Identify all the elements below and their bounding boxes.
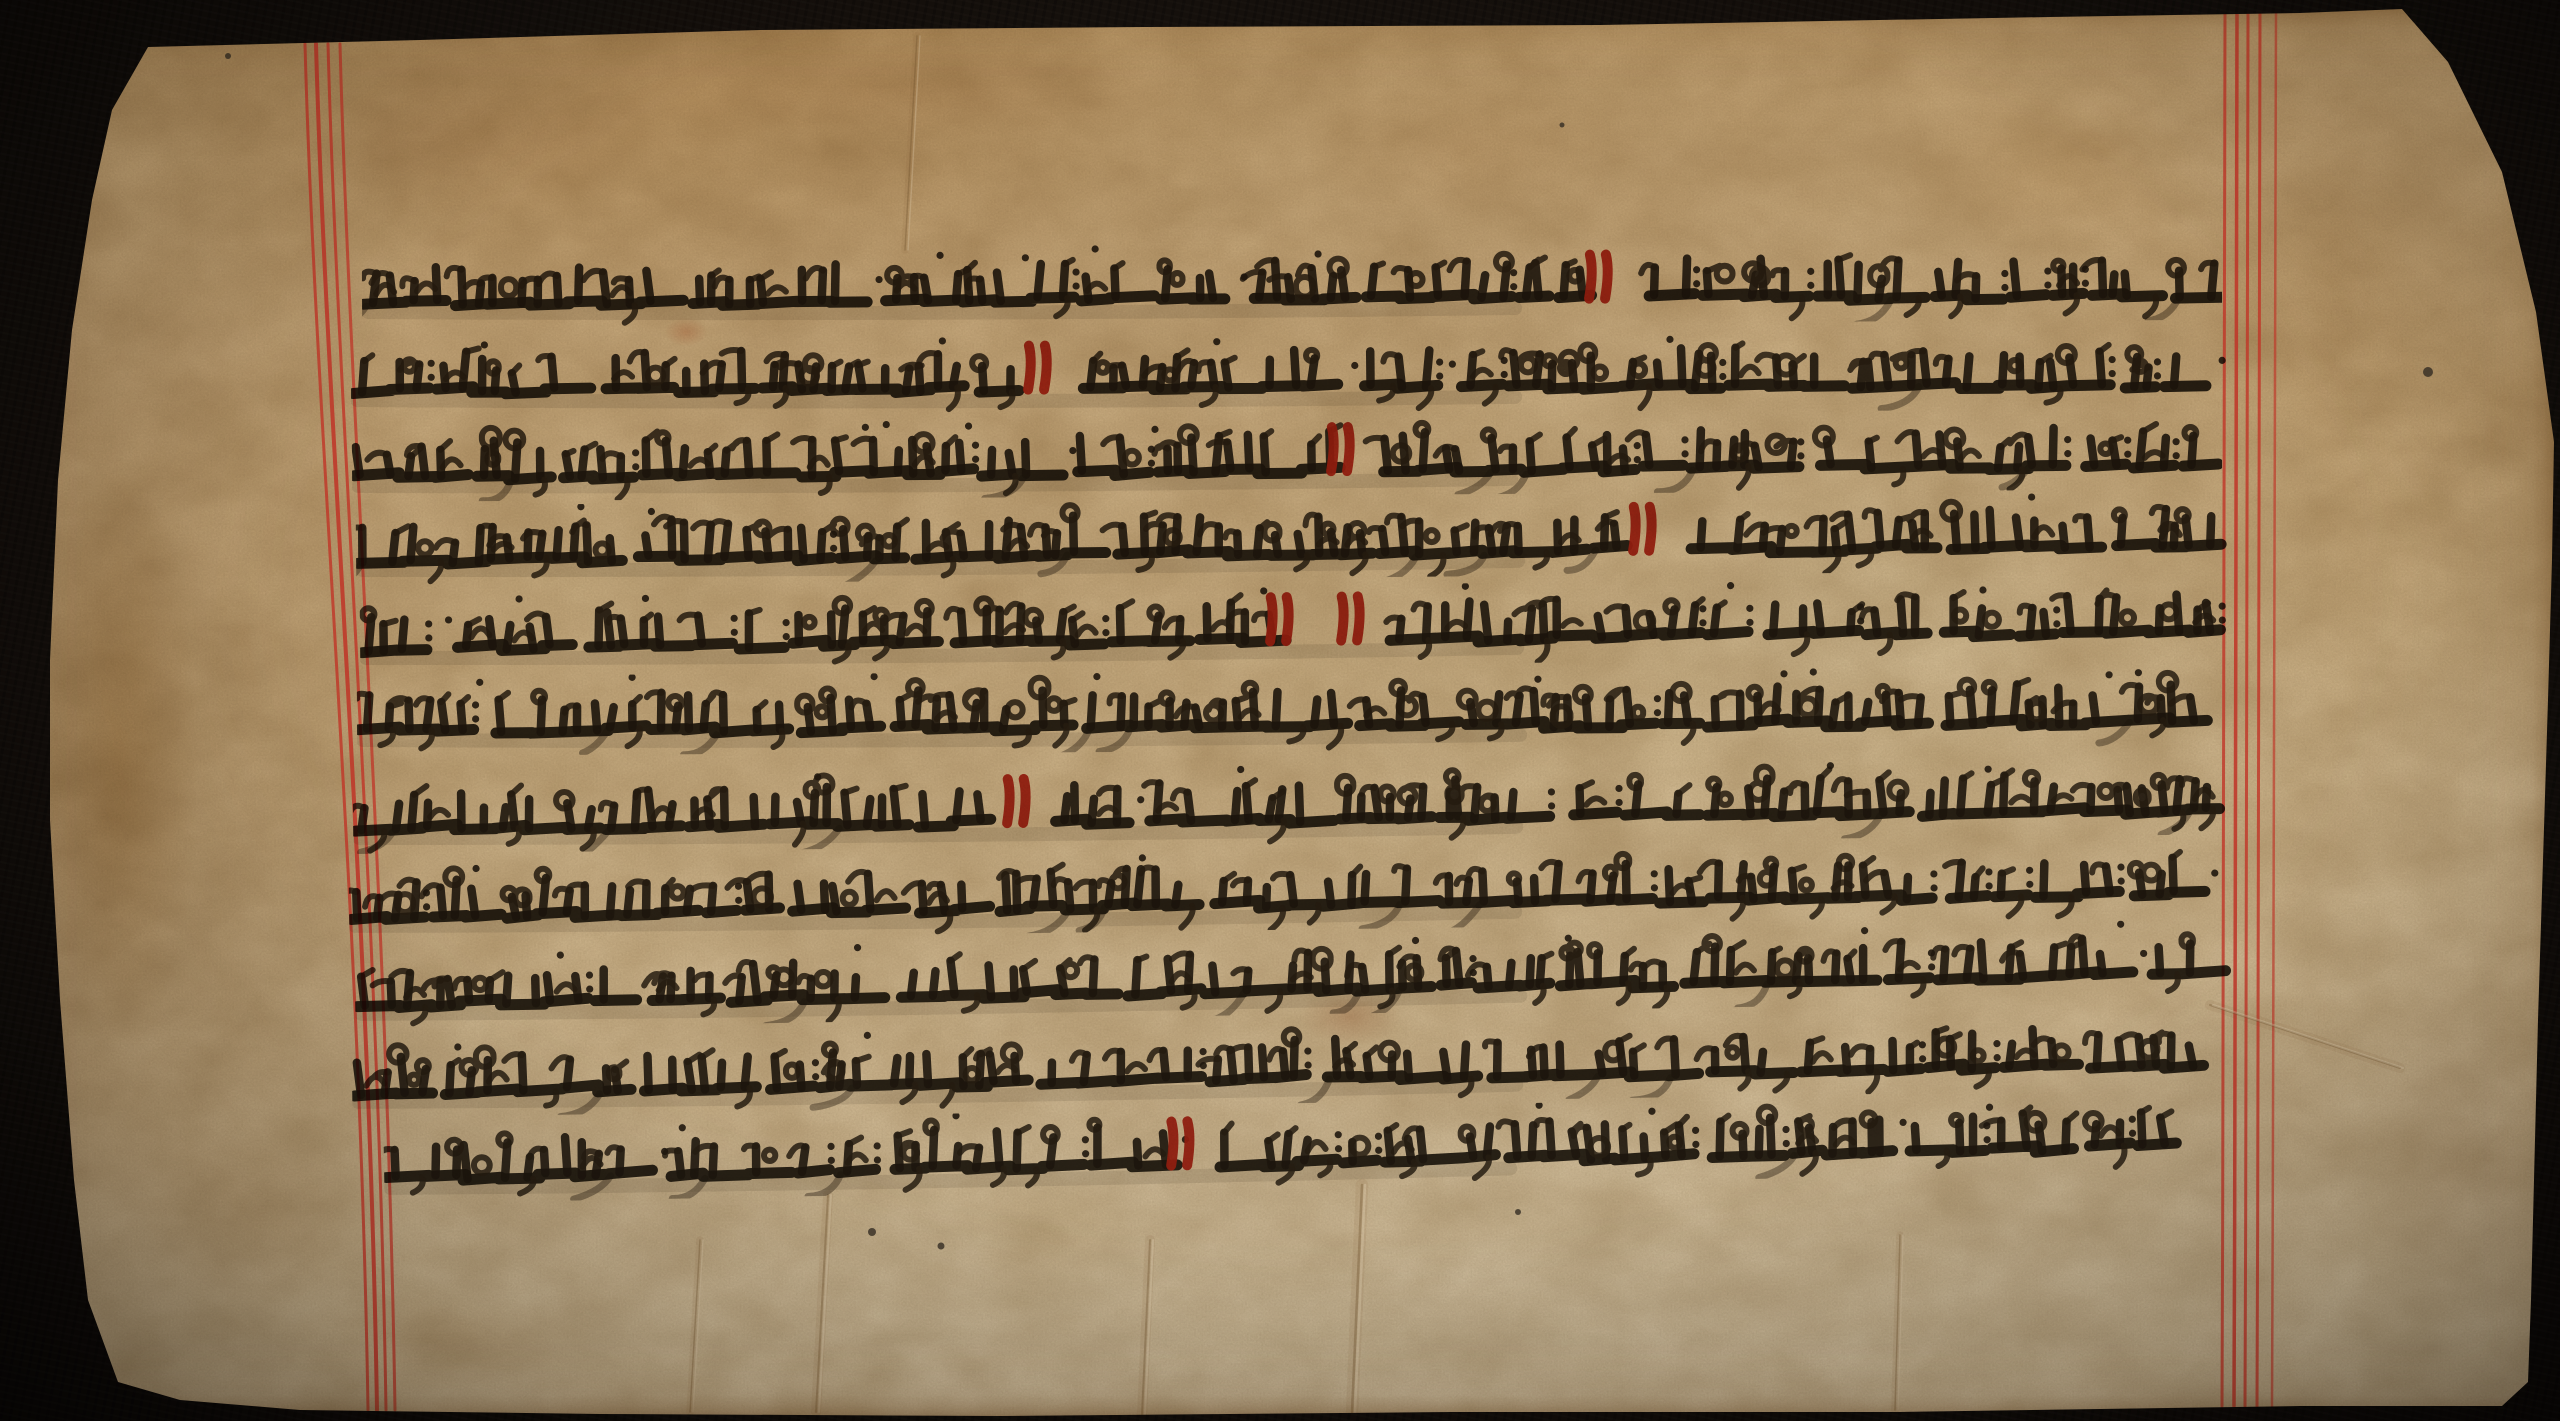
rubric-danda-mark	[1341, 597, 1344, 641]
ink-dot	[1719, 373, 1726, 380]
ink-dot	[632, 463, 639, 470]
rubric-danda-mark	[1044, 346, 1047, 390]
text-line-3	[352, 409, 2223, 502]
rubric-danda-mark	[1605, 255, 1608, 299]
ink-dot	[1693, 280, 1700, 287]
ink-dot	[425, 634, 432, 641]
ink-dot	[1692, 1127, 1699, 1134]
ink-dot	[1072, 268, 1079, 275]
ink-dot	[1994, 1054, 2001, 1061]
ink-dot	[864, 1032, 871, 1039]
ink-dot	[1746, 619, 1753, 626]
ink-dot	[827, 1143, 834, 1150]
ink-dot	[1137, 796, 1144, 803]
handwritten-glyphs	[362, 240, 2222, 328]
ink-dot	[2109, 356, 2116, 363]
ink-dot	[1782, 1126, 1789, 1133]
ink-dot	[1699, 619, 1706, 626]
ink-dot	[1351, 362, 1358, 369]
ink-dot	[830, 545, 837, 552]
text-line-1	[362, 240, 2222, 328]
ink-dot	[1651, 884, 1658, 891]
ink-dot	[1082, 1150, 1089, 1157]
ink-dot	[577, 503, 584, 510]
ink-dot	[2064, 450, 2071, 457]
ink-dot	[854, 944, 861, 951]
ink-dot	[1199, 1048, 1206, 1055]
ink-dot	[476, 679, 483, 686]
ink-dot	[1151, 426, 1158, 433]
ink-dot	[454, 1043, 461, 1050]
ink-dot	[812, 1059, 819, 1066]
rubric-danda-mark	[1589, 255, 1592, 299]
ink-dot	[1102, 629, 1109, 636]
ink-dot	[862, 424, 869, 431]
ink-dot	[628, 674, 635, 681]
manuscript-photograph	[0, 0, 2560, 1421]
ink-dot	[1237, 766, 1244, 773]
ink-dot	[2053, 620, 2060, 627]
ink-dot	[2026, 881, 2033, 888]
ink-dot	[1634, 456, 1641, 463]
ink-dot	[2044, 281, 2051, 288]
ink-dot	[1654, 709, 1661, 716]
ink-dot	[1102, 615, 1109, 622]
ink-dot	[1069, 447, 1076, 454]
ink-dot	[472, 715, 479, 722]
ink-dot	[1648, 1108, 1655, 1115]
ink-dot	[648, 508, 655, 515]
ink-dot	[1213, 338, 1220, 345]
ink-dot	[1139, 854, 1146, 861]
ink-dot	[1928, 963, 1935, 970]
ink-dot	[1092, 245, 1099, 252]
ink-dot	[1260, 587, 1267, 594]
rubric-danda-mark	[1023, 779, 1026, 823]
ink-dot	[1510, 283, 1517, 290]
ink-dot	[428, 374, 435, 381]
ink-dot	[1807, 268, 1814, 275]
ink-dot	[1304, 1061, 1311, 1068]
ink-dot	[1335, 1145, 1342, 1152]
ink-dot	[1072, 282, 1079, 289]
ink-dot	[965, 422, 972, 429]
ink-dot	[1983, 1136, 1990, 1143]
ink-dot	[445, 616, 452, 623]
ink-dot	[1148, 460, 1155, 467]
ink-dot	[1930, 884, 1937, 891]
ink-dot	[1314, 250, 1321, 257]
ink-dot	[2129, 1130, 2136, 1137]
ink-dot	[1093, 673, 1100, 680]
ink-dot	[1692, 1141, 1699, 1148]
ink-dot	[735, 897, 742, 904]
rubric-danda-mark	[1270, 597, 1273, 641]
rubric-danda-mark	[1007, 779, 1010, 823]
ink-dot	[2001, 270, 2008, 277]
ink-dot	[481, 341, 488, 348]
ink-dot	[679, 1124, 686, 1131]
text-line-2	[351, 329, 2228, 416]
text-line-4	[356, 490, 2231, 586]
ink-dot	[1548, 802, 1555, 809]
ink-dot	[1534, 676, 1541, 683]
ink-dot	[2124, 451, 2131, 458]
ink-dot	[731, 629, 738, 636]
ink-dot	[1501, 371, 1508, 378]
ink-dot	[1727, 582, 1734, 589]
text-line-5	[360, 576, 2227, 674]
ink-dot	[1780, 670, 1787, 677]
handwritten-glyphs	[356, 490, 2231, 586]
ink-dot	[2001, 284, 2008, 291]
ink-dot	[2117, 863, 2124, 870]
ink-dot	[1861, 927, 1868, 934]
ink-dot	[2026, 867, 2033, 874]
ink-dot	[1681, 450, 1688, 457]
ink-dot	[472, 701, 479, 708]
ink-dot	[1857, 603, 1864, 610]
ink-dot	[2064, 436, 2071, 443]
ink-dot	[828, 1157, 835, 1164]
ink-dot	[1810, 668, 1817, 675]
ink-dot	[2082, 280, 2089, 287]
ink-dot	[586, 985, 593, 992]
ink-dot	[1797, 452, 1804, 459]
ink-dot	[1616, 799, 1623, 806]
text-line-6	[357, 666, 2232, 756]
ink-dot	[1535, 1102, 1542, 1109]
ink-dot	[2028, 493, 2035, 500]
ink-dot	[1548, 788, 1555, 795]
ink-dot	[874, 1156, 881, 1163]
ink-dot	[1797, 438, 1804, 445]
text-line-7	[353, 754, 2229, 854]
ink-dot	[1462, 583, 1469, 590]
rubric-danda-mark	[1649, 507, 1652, 551]
ink-dot	[1436, 358, 1443, 365]
ink-dot	[1615, 785, 1622, 792]
ink-dot	[2053, 606, 2060, 613]
ink-dot	[632, 449, 639, 456]
ink-dot	[1783, 1140, 1790, 1147]
ink-dot	[972, 456, 979, 463]
ink-dot	[1807, 282, 1814, 289]
ink-dot	[1719, 359, 1726, 366]
ink-dot	[1436, 372, 1443, 379]
ink-dot	[2082, 266, 2089, 273]
ink-dot	[1979, 586, 1986, 593]
ink-dot	[586, 971, 593, 978]
rubric-danda-mark	[1331, 427, 1334, 471]
ink-dot	[1469, 955, 1476, 962]
ink-dot	[1666, 336, 1673, 343]
ink-dot	[2173, 452, 2180, 459]
ink-dot	[2219, 616, 2226, 623]
ink-dot	[870, 673, 877, 680]
ink-dot	[830, 531, 837, 538]
ink-dot	[2117, 921, 2124, 928]
ink-dot	[1985, 868, 1992, 875]
rubric-danda-mark	[1357, 596, 1360, 640]
ink-dot	[1984, 766, 1991, 773]
ink-dot	[783, 633, 790, 640]
ink-dot	[2154, 372, 2161, 379]
ink-dot	[782, 619, 789, 626]
ink-dot	[812, 1073, 819, 1080]
ink-dot	[1335, 1131, 1342, 1138]
ink-dot	[1986, 1104, 1993, 1111]
ink-dot	[1699, 605, 1706, 612]
ink-dot	[1375, 1133, 1382, 1140]
ink-dot	[1304, 1047, 1311, 1054]
ink-dot	[472, 865, 479, 872]
ink-dot	[2219, 357, 2226, 364]
ink-dot	[2154, 358, 2161, 365]
ink-dot	[1985, 882, 1992, 889]
handwritten-glyphs	[353, 754, 2229, 854]
rubric-danda-mark	[1633, 507, 1636, 551]
handwritten-glyphs	[360, 576, 2227, 674]
ink-dot	[1919, 1055, 1926, 1062]
parchment-leaf	[0, 0, 2560, 1421]
ink-dot	[423, 903, 430, 910]
ink-dot	[425, 620, 432, 627]
handwritten-glyphs	[357, 666, 2232, 756]
ink-dot	[2129, 1116, 2136, 1123]
ink-dot	[2109, 370, 2116, 377]
ink-dot	[1449, 361, 1456, 368]
ink-dot	[1899, 1119, 1906, 1126]
ink-dot	[2044, 267, 2051, 274]
ink-dot	[873, 1142, 880, 1149]
ink-dot	[1693, 266, 1700, 273]
ink-dot	[1681, 436, 1688, 443]
ink-dot	[1412, 937, 1419, 944]
ink-dot	[1930, 870, 1937, 877]
rubric-danda-mark	[1028, 346, 1031, 390]
ink-dot	[1241, 273, 1248, 280]
ink-dot	[2219, 602, 2226, 609]
ink-dot	[1746, 605, 1753, 612]
ink-dot	[557, 951, 564, 958]
ink-dot	[2172, 438, 2179, 445]
ink-dot	[1501, 357, 1508, 364]
rubric-danda-mark	[1186, 1121, 1190, 1165]
ink-dot	[939, 337, 946, 344]
ink-dot	[1654, 695, 1661, 702]
ink-dot	[883, 421, 890, 428]
ink-dot	[1510, 269, 1517, 276]
ink-dot	[1634, 442, 1641, 449]
ink-dot	[936, 252, 943, 259]
rubric-danda-mark	[1286, 597, 1289, 641]
ink-dot	[642, 595, 649, 602]
ink-dot	[1148, 446, 1155, 453]
handwritten-glyphs	[352, 409, 2223, 502]
rubric-danda-mark	[1347, 427, 1350, 471]
text-block	[0, 0, 2560, 1421]
ink-dot	[2135, 669, 2142, 676]
ink-dot	[1082, 1136, 1089, 1143]
ink-dot	[2124, 437, 2131, 444]
ink-dot	[1993, 1040, 2000, 1047]
ink-dot	[428, 360, 435, 367]
ink-dot	[2118, 877, 2125, 884]
handwritten-glyphs	[351, 329, 2228, 416]
ink-dot	[1022, 254, 1029, 261]
ink-dot	[731, 615, 738, 622]
ink-dot	[515, 595, 522, 602]
ink-dot	[952, 1112, 959, 1119]
ink-dot	[1375, 1147, 1382, 1154]
ink-dot	[1857, 617, 1864, 624]
ink-dot	[2140, 950, 2147, 957]
ink-dot	[1651, 870, 1658, 877]
ink-dot	[972, 442, 979, 449]
rubric-danda-mark	[1170, 1122, 1174, 1166]
ink-dot	[875, 276, 882, 283]
ink-dot	[2105, 671, 2112, 678]
ink-dot	[2211, 869, 2218, 876]
